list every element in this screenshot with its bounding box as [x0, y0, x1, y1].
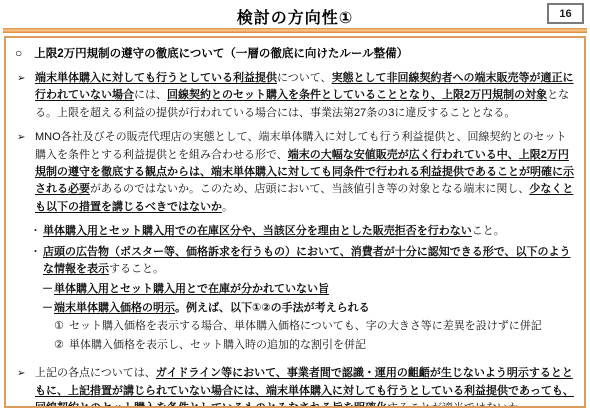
arrow-bullet-item: ➢上記の各点については、ガイドライン等において、事業者間で認識・運用の齟齬が生じ… [17, 365, 577, 408]
text-segment: すること。 [109, 263, 164, 275]
text-segment: 単体購入価格を表示し、セット購入時の追加的な割引を併記 [69, 339, 366, 351]
bullet-text: MNO各社及びその販売代理店の実態として、端末単体購入に対しても行う利益提供と、… [35, 131, 574, 213]
arrow-bullet-icon: ➢ [17, 70, 25, 87]
bullet-text: 単体購入価格を表示し、セット購入時の追加的な割引を併記 [69, 339, 366, 351]
dash-bullet-icon: － [42, 281, 53, 298]
section-heading-text: 上限2万円規制の遵守の徹底について（一層の徹底に向けたルール整備） [34, 48, 408, 60]
arrow-bullet-icon: ➢ [17, 365, 25, 382]
content-box: ○上限2万円規制の遵守の徹底について（一層の徹底に向けたルール整備） ➢端末単体… [4, 36, 586, 408]
text-segment: することが適当ではないか。 [387, 402, 530, 408]
arrow-bullet-item: ➢MNO各社及びその販売代理店の実態として、端末単体購入に対しても行う利益提供と… [17, 129, 577, 216]
emphasized-text-segment: 単体購入用とセット購入用とで在庫が分かれていない旨 [54, 283, 329, 295]
text-segment: こと。 [472, 225, 505, 237]
dash-bullet-icon: － [42, 300, 53, 317]
numbered-sub-item: ②単体購入価格を表示し、セット購入時の追加的な割引を併記 [54, 337, 577, 354]
emphasized-text-segment: 端末単体購入に対しても行うとしている利益提供 [35, 72, 277, 84]
arrow-bullet-item: ➢端末単体購入に対しても行うとしている利益提供について、実態として非回線契約者へ… [17, 70, 577, 122]
dash-sub-item: －単体購入用とセット購入用とで在庫が分かれていない旨 [42, 281, 577, 298]
bullet-text: セット購入価格を表示する場合、単体購入価格についても、字の大きさ等に差異を設けず… [69, 320, 542, 332]
emphasized-text-segment: 端末単体購入価格の明示 [54, 302, 175, 314]
text-segment: があるのではないか。このため、店頭において、当該値引き等の対象となる端末に関し、 [90, 183, 529, 195]
text-segment: 上記の各点については、 [35, 367, 156, 379]
text-segment: 。 [222, 201, 233, 213]
content-blocks: ➢端末単体購入に対しても行うとしている利益提供について、実態として非回線契約者へ… [13, 70, 577, 408]
dot-bullet-item: ・単体購入用とセット購入用での在庫区分や、当該区分を理由とした販売拒否を行わない… [30, 223, 577, 240]
emphasized-text-segment: 回線契約とのセット購入を条件としていることとなり、上限2万円規制の対象 [167, 89, 547, 101]
dot-bullet-icon: ・ [30, 244, 41, 261]
text-segment: セット購入価格を表示する場合、単体購入価格についても、字の大きさ等に差異を設けず… [69, 320, 542, 332]
circle-marker-icon: ○ [15, 46, 22, 60]
bullet-text: 単体購入用とセット購入用とで在庫が分かれていない旨 [54, 283, 329, 295]
emphasized-text-segment: 単体購入用とセット購入用での在庫区分や、当該区分を理由とした販売拒否を行わない [43, 225, 472, 237]
circled-number-icon: ① [54, 318, 64, 335]
section-heading: ○上限2万円規制の遵守の徹底について（一層の徹底に向けたルール整備） [15, 45, 577, 63]
bullet-text: 端末単体購入に対しても行うとしている利益提供について、実態として非回線契約者への… [35, 72, 574, 119]
bullet-text: 店頭の広告物（ポスター等、価格訴求を行うもの）において、消費者が十分に認知できる… [43, 246, 571, 275]
text-segment: には、 [134, 89, 167, 101]
slide: 検討の方向性① 16 ○上限2万円規制の遵守の徹底について（一層の徹底に向けたル… [0, 0, 590, 417]
numbered-sub-item: ①セット購入価格を表示する場合、単体購入価格についても、字の大きさ等に差異を設け… [54, 318, 577, 335]
page-number-box: 16 [547, 3, 584, 24]
arrow-bullet-icon: ➢ [17, 129, 25, 146]
text-segment: について、 [277, 72, 332, 84]
title-divider [3, 28, 587, 33]
bullet-text: 端末単体購入価格の明示。例えば、以下①②の手法が考えられる [54, 302, 370, 314]
circled-number-icon: ② [54, 337, 64, 354]
bullet-text: 上記の各点については、ガイドライン等において、事業者間で認識・運用の齟齬が生じな… [35, 367, 574, 408]
bullet-text: 単体購入用とセット購入用での在庫区分や、当該区分を理由とした販売拒否を行わないこ… [43, 225, 505, 237]
page-number: 16 [559, 8, 571, 20]
dot-bullet-icon: ・ [30, 223, 41, 240]
page-title: 検討の方向性① [0, 5, 590, 28]
dot-bullet-item: ・店頭の広告物（ポスター等、価格訴求を行うもの）において、消費者が十分に認知でき… [30, 244, 577, 279]
dash-sub-item: －端末単体購入価格の明示。例えば、以下①②の手法が考えられる [42, 300, 577, 317]
text-segment: 。例えば、以下①②の手法が考えられる [175, 302, 370, 314]
